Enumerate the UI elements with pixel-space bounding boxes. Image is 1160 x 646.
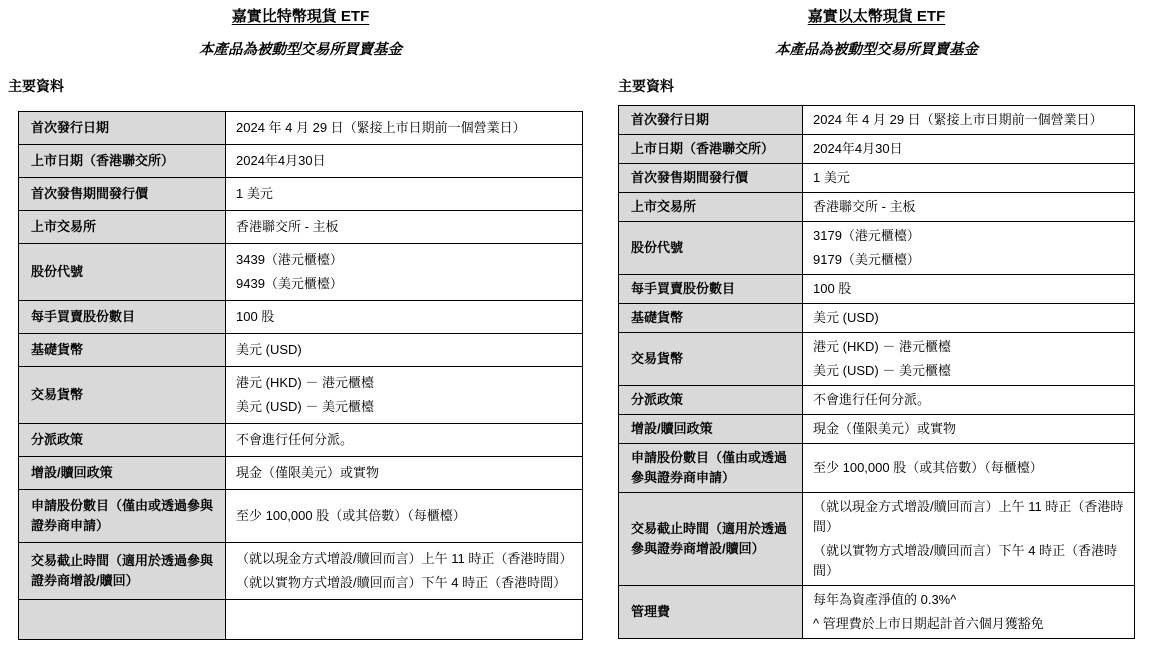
section-heading: 主要資料 <box>618 77 1135 95</box>
row-value: 港元 (HKD) － 港元櫃檯美元 (USD) － 美元櫃檯 <box>803 333 1135 386</box>
row-value: 2024年4月30日 <box>226 145 583 178</box>
value-line: （就以實物方式增設/贖回而言）下午 4 時正（香港時間） <box>813 541 1124 581</box>
table-row: 申請股份數目（僅由或透過參與證券商申請）至少 100,000 股（或其倍數）（每… <box>619 444 1135 493</box>
row-label: 交易貨幣 <box>19 367 226 424</box>
row-value: 至少 100,000 股（或其倍數）（每櫃檯） <box>226 490 583 543</box>
value-line: 2024年4月30日 <box>236 151 572 171</box>
value-line: 香港聯交所 - 主板 <box>236 217 572 237</box>
row-value: 3439（港元櫃檯）9439（美元櫃檯） <box>226 244 583 301</box>
row-label: 申請股份數目（僅由或透過參與證券商申請） <box>619 444 803 493</box>
row-value: 每年為資產淨值的 0.3%^^ 管理費於上市日期起計首六個月獲豁免 <box>803 586 1135 639</box>
row-label <box>19 600 226 640</box>
value-line: 現金（僅限美元）或實物 <box>236 463 572 483</box>
row-label: 管理費 <box>619 586 803 639</box>
table-row: 股份代號3179（港元櫃檯）9179（美元櫃檯） <box>619 222 1135 275</box>
row-value: 香港聯交所 - 主板 <box>803 193 1135 222</box>
table-row: 上市交易所香港聯交所 - 主板 <box>19 211 583 244</box>
value-line: 現金（僅限美元）或實物 <box>813 419 1124 439</box>
row-label: 分派政策 <box>619 386 803 415</box>
table-row-clipped <box>19 600 583 640</box>
row-label: 交易貨幣 <box>619 333 803 386</box>
row-value: 1 美元 <box>226 178 583 211</box>
key-facts-table: 首次發行日期2024 年 4 月 29 日（緊接上市日期前一個營業日）上市日期（… <box>618 105 1135 639</box>
table-row: 分派政策不會進行任何分派。 <box>619 386 1135 415</box>
row-value: 不會進行任何分派。 <box>803 386 1135 415</box>
table-row: 交易截止時間（適用於透過參與證券商增設/贖回）（就以現金方式增設/贖回而言）上午… <box>619 493 1135 586</box>
value-line: 1 美元 <box>813 168 1124 188</box>
value-line: 港元 (HKD) － 港元櫃檯 <box>813 337 1124 357</box>
table-row: 每手買賣股份數目100 股 <box>619 275 1135 304</box>
row-value: （就以現金方式增設/贖回而言）上午 11 時正（香港時間）（就以實物方式增設/贖… <box>803 493 1135 586</box>
key-facts-table: 首次發行日期2024 年 4 月 29 日（緊接上市日期前一個營業日）上市日期（… <box>18 111 583 640</box>
value-line: 美元 (USD) <box>813 308 1124 328</box>
row-label: 交易截止時間（適用於透過參與證券商增設/贖回） <box>19 543 226 600</box>
table-row: 分派政策不會進行任何分派。 <box>19 424 583 457</box>
table-row: 首次發行日期2024 年 4 月 29 日（緊接上市日期前一個營業日） <box>619 106 1135 135</box>
value-line: 2024 年 4 月 29 日（緊接上市日期前一個營業日） <box>813 110 1124 130</box>
value-line: 美元 (USD) <box>236 340 572 360</box>
row-label: 增設/贖回政策 <box>19 457 226 490</box>
row-label: 首次發行日期 <box>619 106 803 135</box>
value-line: 100 股 <box>236 307 572 327</box>
value-line: 每年為資產淨值的 0.3%^ <box>813 590 1124 610</box>
row-label: 每手買賣股份數目 <box>19 301 226 334</box>
value-line: 9439（美元櫃檯） <box>236 274 572 294</box>
value-line: 港元 (HKD) － 港元櫃檯 <box>236 373 572 393</box>
key-facts-body: 首次發行日期2024 年 4 月 29 日（緊接上市日期前一個營業日）上市日期（… <box>619 106 1135 639</box>
table-row: 上市日期（香港聯交所）2024年4月30日 <box>19 145 583 178</box>
value-line: ^ 管理費於上市日期起計首六個月獲豁免 <box>813 614 1124 634</box>
value-line: 3439（港元櫃檯） <box>236 250 572 270</box>
row-value: 1 美元 <box>803 164 1135 193</box>
value-line: 2024 年 4 月 29 日（緊接上市日期前一個營業日） <box>236 118 572 138</box>
value-line: 至少 100,000 股（或其倍數）（每櫃檯） <box>813 458 1124 478</box>
row-value: 美元 (USD) <box>803 304 1135 333</box>
value-line: 100 股 <box>813 279 1124 299</box>
row-label: 首次發行日期 <box>19 112 226 145</box>
fund-title: 嘉實比特幣現貨 ETF <box>18 8 583 26</box>
value-line: 1 美元 <box>236 184 572 204</box>
row-label: 上市日期（香港聯交所） <box>619 135 803 164</box>
row-label: 增設/贖回政策 <box>619 415 803 444</box>
table-row: 上市日期（香港聯交所）2024年4月30日 <box>619 135 1135 164</box>
row-label: 上市交易所 <box>19 211 226 244</box>
table-row: 首次發行日期2024 年 4 月 29 日（緊接上市日期前一個營業日） <box>19 112 583 145</box>
row-label: 申請股份數目（僅由或透過參與證券商申請） <box>19 490 226 543</box>
value-line: 2024年4月30日 <box>813 139 1124 159</box>
table-row: 交易貨幣港元 (HKD) － 港元櫃檯美元 (USD) － 美元櫃檯 <box>619 333 1135 386</box>
fund-column-bitcoin: 嘉實比特幣現貨 ETF 本產品為被動型交易所買賣基金 主要資料 首次發行日期20… <box>18 0 583 640</box>
value-line: 美元 (USD) － 美元櫃檯 <box>813 361 1124 381</box>
row-label: 上市交易所 <box>619 193 803 222</box>
row-label: 基礎貨幣 <box>619 304 803 333</box>
row-value: 100 股 <box>226 301 583 334</box>
row-label: 分派政策 <box>19 424 226 457</box>
row-value: 現金（僅限美元）或實物 <box>803 415 1135 444</box>
row-value: 港元 (HKD) － 港元櫃檯美元 (USD) － 美元櫃檯 <box>226 367 583 424</box>
value-line: （就以實物方式增設/贖回而言）下午 4 時正（香港時間） <box>236 573 572 593</box>
table-row: 增設/贖回政策現金（僅限美元）或實物 <box>619 415 1135 444</box>
value-line: （就以現金方式增設/贖回而言）上午 11 時正（香港時間） <box>236 549 572 569</box>
fund-title: 嘉實以太幣現貨 ETF <box>618 8 1135 26</box>
row-value: 香港聯交所 - 主板 <box>226 211 583 244</box>
table-row: 管理費每年為資產淨值的 0.3%^^ 管理費於上市日期起計首六個月獲豁免 <box>619 586 1135 639</box>
table-row: 首次發售期間發行價1 美元 <box>619 164 1135 193</box>
row-value: 100 股 <box>803 275 1135 304</box>
value-line: 不會進行任何分派。 <box>236 430 572 450</box>
table-row: 交易貨幣港元 (HKD) － 港元櫃檯美元 (USD) － 美元櫃檯 <box>19 367 583 424</box>
row-value: （就以現金方式增設/贖回而言）上午 11 時正（香港時間）（就以實物方式增設/贖… <box>226 543 583 600</box>
table-row: 申請股份數目（僅由或透過參與證券商申請）至少 100,000 股（或其倍數）（每… <box>19 490 583 543</box>
value-line: 不會進行任何分派。 <box>813 390 1124 410</box>
table-row: 股份代號3439（港元櫃檯）9439（美元櫃檯） <box>19 244 583 301</box>
row-value: 2024年4月30日 <box>803 135 1135 164</box>
fund-subtitle: 本產品為被動型交易所買賣基金 <box>618 41 1135 59</box>
row-value <box>226 600 583 640</box>
table-row: 首次發售期間發行價1 美元 <box>19 178 583 211</box>
row-value: 至少 100,000 股（或其倍數）（每櫃檯） <box>803 444 1135 493</box>
row-label: 股份代號 <box>19 244 226 301</box>
section-heading: 主要資料 <box>8 77 583 95</box>
row-label: 首次發售期間發行價 <box>619 164 803 193</box>
row-value: 2024 年 4 月 29 日（緊接上市日期前一個營業日） <box>226 112 583 145</box>
fund-subtitle: 本產品為被動型交易所買賣基金 <box>18 41 583 59</box>
value-line: 至少 100,000 股（或其倍數）（每櫃檯） <box>236 506 572 526</box>
table-row: 增設/贖回政策現金（僅限美元）或實物 <box>19 457 583 490</box>
row-value: 美元 (USD) <box>226 334 583 367</box>
table-row: 交易截止時間（適用於透過參與證券商增設/贖回）（就以現金方式增設/贖回而言）上午… <box>19 543 583 600</box>
row-label: 每手買賣股份數目 <box>619 275 803 304</box>
table-row: 每手買賣股份數目100 股 <box>19 301 583 334</box>
row-label: 股份代號 <box>619 222 803 275</box>
table-row: 上市交易所香港聯交所 - 主板 <box>619 193 1135 222</box>
row-label: 上市日期（香港聯交所） <box>19 145 226 178</box>
row-label: 基礎貨幣 <box>19 334 226 367</box>
row-label: 首次發售期間發行價 <box>19 178 226 211</box>
value-line: 3179（港元櫃檯） <box>813 226 1124 246</box>
row-value: 現金（僅限美元）或實物 <box>226 457 583 490</box>
key-facts-body: 首次發行日期2024 年 4 月 29 日（緊接上市日期前一個營業日）上市日期（… <box>19 112 583 640</box>
row-value: 不會進行任何分派。 <box>226 424 583 457</box>
row-value: 2024 年 4 月 29 日（緊接上市日期前一個營業日） <box>803 106 1135 135</box>
table-row: 基礎貨幣美元 (USD) <box>19 334 583 367</box>
row-label: 交易截止時間（適用於透過參與證券商增設/贖回） <box>619 493 803 586</box>
fund-column-ether: 嘉實以太幣現貨 ETF 本產品為被動型交易所買賣基金 主要資料 首次發行日期20… <box>618 0 1135 639</box>
table-row: 基礎貨幣美元 (USD) <box>619 304 1135 333</box>
value-line: 9179（美元櫃檯） <box>813 250 1124 270</box>
value-line: 美元 (USD) － 美元櫃檯 <box>236 397 572 417</box>
row-value: 3179（港元櫃檯）9179（美元櫃檯） <box>803 222 1135 275</box>
value-line: （就以現金方式增設/贖回而言）上午 11 時正（香港時間） <box>813 497 1124 537</box>
value-line: 香港聯交所 - 主板 <box>813 197 1124 217</box>
